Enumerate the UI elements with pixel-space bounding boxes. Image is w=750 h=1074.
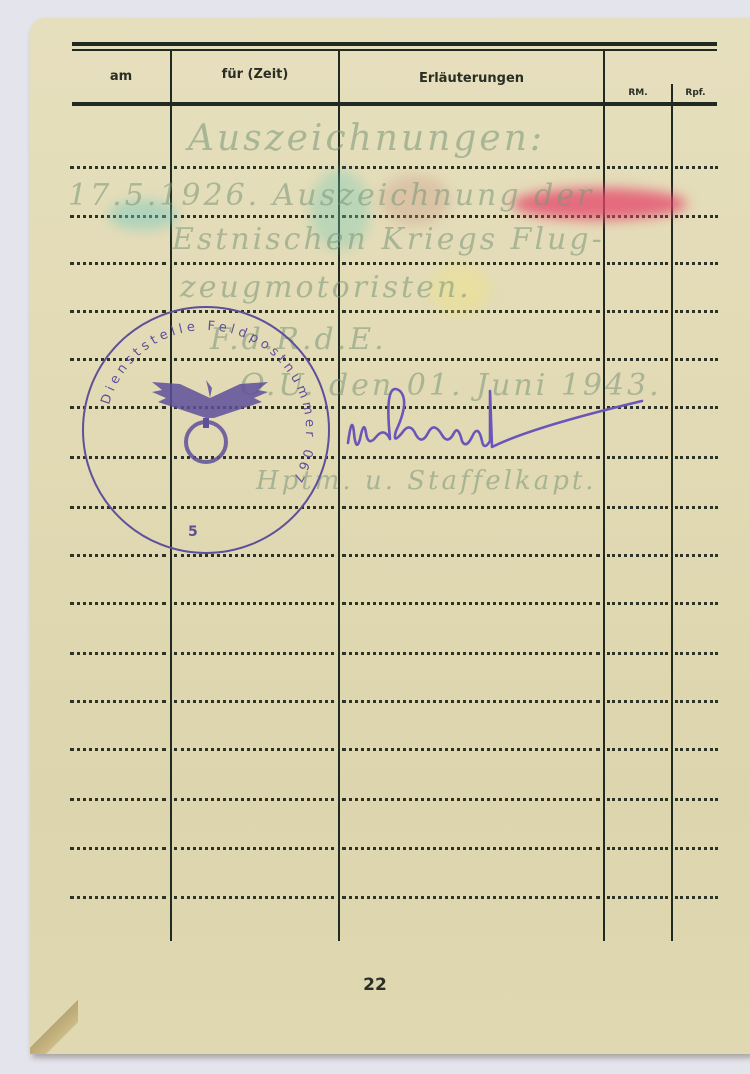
row-dotted-line [675, 602, 718, 605]
row-dotted-line [70, 798, 166, 801]
stamp-number: 5 [188, 524, 198, 540]
row-dotted-line [174, 700, 334, 703]
column-divider-3 [603, 51, 605, 941]
row-dotted-line [342, 652, 600, 655]
row-dotted-line [675, 310, 718, 313]
row-dotted-line [675, 798, 718, 801]
row-dotted-line [607, 262, 668, 265]
row-dotted-line [342, 554, 600, 557]
row-dotted-line [174, 652, 334, 655]
row-dotted-line [174, 262, 334, 265]
row-dotted-line [675, 166, 718, 169]
row-dotted-line [174, 748, 334, 751]
handwritten-line: 17.5.1926. Auszeichnung der [68, 178, 594, 213]
row-dotted-line [174, 166, 334, 169]
row-dotted-line [70, 602, 166, 605]
header-rm: RM. [605, 88, 671, 98]
row-dotted-line [675, 554, 718, 557]
header-fuer-zeit: für (Zeit) [172, 67, 338, 82]
row-dotted-line [675, 700, 718, 703]
handwritten-line: zeugmotoristen. [180, 270, 472, 305]
row-dotted-line [342, 262, 600, 265]
row-dotted-line [675, 896, 718, 899]
handwritten-line: Auszeichnungen: [188, 118, 545, 159]
official-stamp: Dienststelle Feldpostnummer 067 5 [82, 306, 330, 554]
row-dotted-line [174, 896, 334, 899]
row-dotted-line [342, 748, 600, 751]
row-dotted-line [70, 748, 166, 751]
eagle-emblem-icon [141, 360, 271, 470]
row-dotted-line [342, 700, 600, 703]
row-dotted-line [675, 262, 718, 265]
row-dotted-line [607, 700, 668, 703]
row-dotted-line [342, 602, 600, 605]
row-dotted-line [342, 847, 600, 850]
row-dotted-line [174, 847, 334, 850]
signature [340, 385, 670, 475]
row-dotted-line [607, 602, 668, 605]
row-dotted-line [342, 358, 600, 361]
row-dotted-line [70, 166, 166, 169]
row-dotted-line [342, 798, 600, 801]
row-dotted-line [607, 847, 668, 850]
row-dotted-line [675, 456, 718, 459]
row-dotted-line [607, 798, 668, 801]
row-dotted-line [675, 748, 718, 751]
row-dotted-line [607, 506, 668, 509]
row-dotted-line [607, 896, 668, 899]
header-rpf: Rpf. [673, 88, 718, 98]
header-rule [72, 102, 717, 106]
row-dotted-line [70, 847, 166, 850]
row-dotted-line [70, 262, 166, 265]
row-dotted-line [675, 358, 718, 361]
row-dotted-line [607, 554, 668, 557]
row-dotted-line [342, 896, 600, 899]
row-dotted-line [675, 847, 718, 850]
row-dotted-line [342, 506, 600, 509]
header-erlaeuterungen: Erläuterungen [340, 71, 603, 86]
row-dotted-line [70, 700, 166, 703]
header-am: am [72, 69, 170, 84]
page-number: 22 [0, 975, 750, 995]
row-dotted-line [174, 554, 334, 557]
row-dotted-line [675, 652, 718, 655]
top-double-rule [72, 42, 717, 46]
row-dotted-line [70, 554, 166, 557]
top-thin-rule [72, 49, 717, 51]
row-dotted-line [607, 748, 668, 751]
row-dotted-line [174, 798, 334, 801]
row-dotted-line [607, 358, 668, 361]
row-dotted-line [607, 310, 668, 313]
row-dotted-line [607, 166, 668, 169]
row-dotted-line [675, 506, 718, 509]
row-dotted-line [342, 166, 600, 169]
row-dotted-line [174, 602, 334, 605]
handwritten-line: Estnischen Kriegs Flug- [172, 222, 605, 257]
row-dotted-line [675, 215, 718, 218]
row-dotted-line [70, 896, 166, 899]
row-dotted-line [70, 652, 166, 655]
row-dotted-line [675, 406, 718, 409]
row-dotted-line [607, 652, 668, 655]
